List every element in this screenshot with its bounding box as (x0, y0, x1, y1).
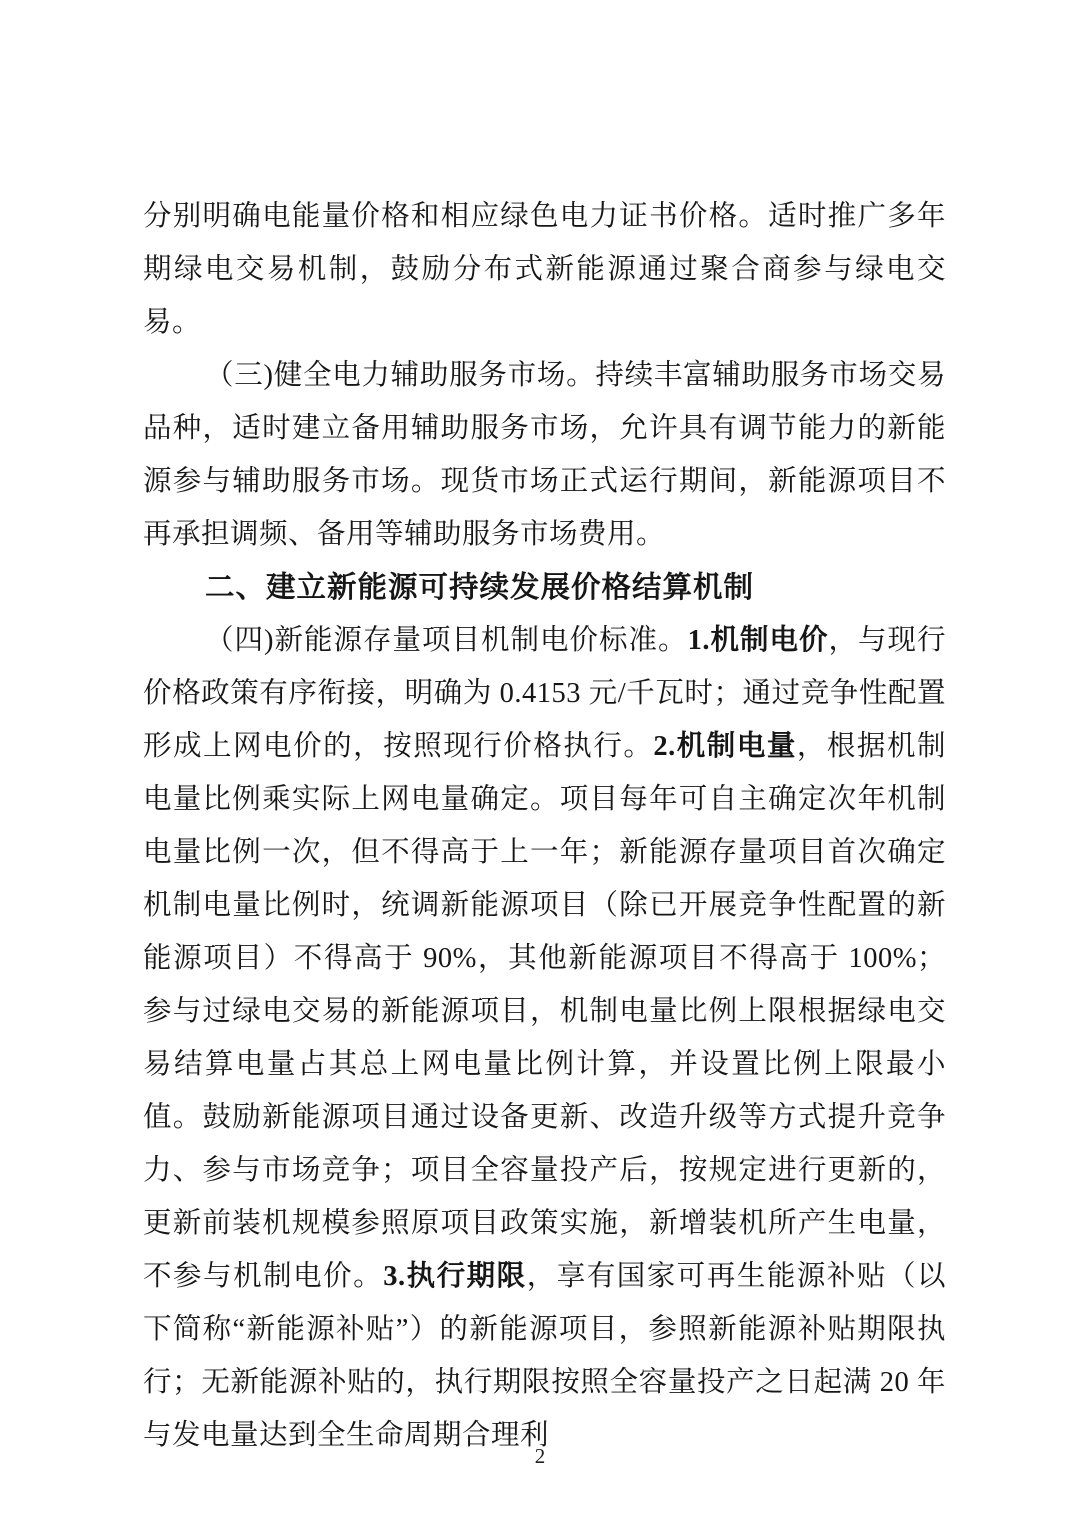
text-run: 分别明确电能量价格和相应绿色电力证书价格。适时推广多年期绿电交易机制，鼓励分布式… (143, 201, 946, 338)
section-heading: 二、建立新能源可持续发展价格结算机制 (143, 561, 946, 614)
document-body: 分别明确电能量价格和相应绿色电力证书价格。适时推广多年期绿电交易机制，鼓励分布式… (143, 190, 946, 1462)
bold-text-run: 二、建立新能源可持续发展价格结算机制 (205, 571, 754, 604)
clause-lead-text: （三)健全电力辅助服务市场。 (205, 360, 595, 391)
bold-text-run: 2.机制电量 (653, 731, 797, 762)
page-footer: 2 (0, 1444, 1080, 1469)
paragraph: （四)新能源存量项目机制电价标准。1.机制电价，与现行价格政策有序衔接，明确为 … (143, 614, 946, 1462)
document-page: 分别明确电能量价格和相应绿色电力证书价格。适时推广多年期绿电交易机制，鼓励分布式… (0, 0, 1080, 1527)
clause-lead-text: （四)新能源存量项目机制电价标准。 (205, 625, 688, 656)
paragraph: （三)健全电力辅助服务市场。持续丰富辅助服务市场交易品种，适时建立备用辅助服务市… (143, 349, 946, 561)
text-run: ，根据机制电量比例乘实际上网电量确定。项目每年可自主确定次年机制电量比例一次，但… (143, 731, 946, 1292)
paragraph: 分别明确电能量价格和相应绿色电力证书价格。适时推广多年期绿电交易机制，鼓励分布式… (143, 190, 946, 349)
page-number: 2 (535, 1444, 546, 1468)
bold-text-run: 1.机制电价 (688, 625, 829, 656)
bold-text-run: 3.执行期限 (383, 1261, 527, 1292)
